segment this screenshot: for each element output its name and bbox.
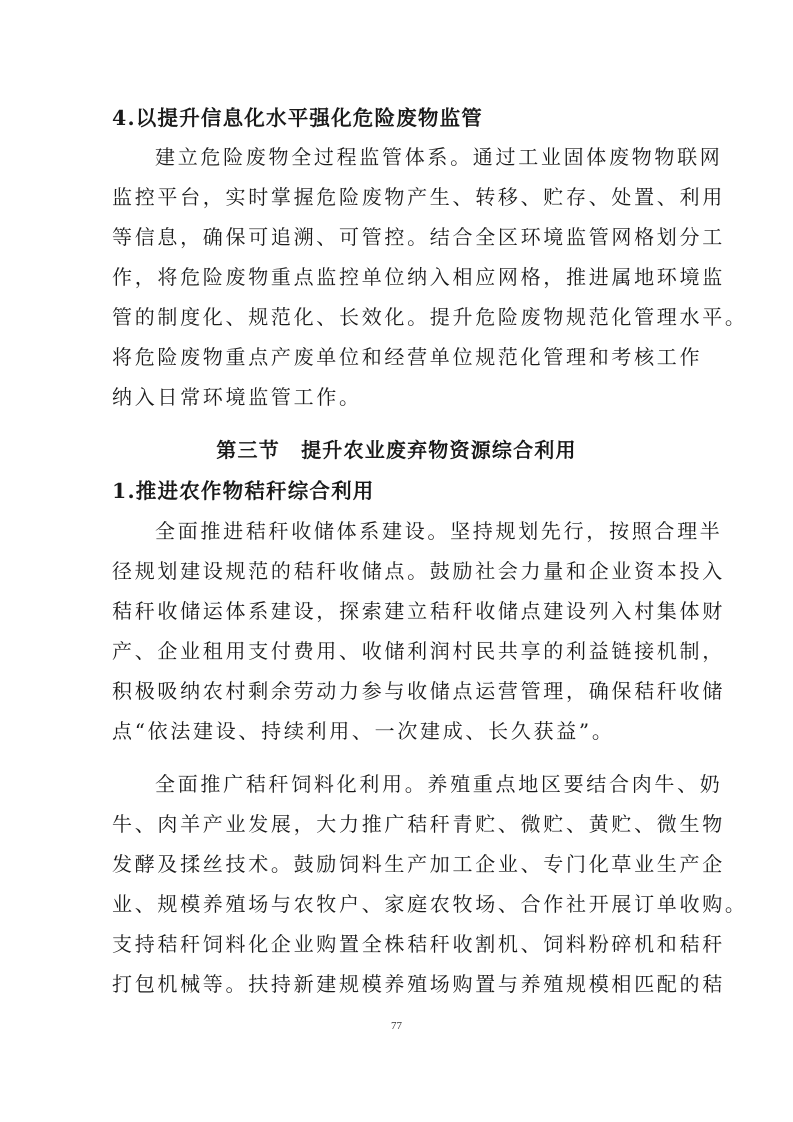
paragraph-line: 全面推进秸秆收储体系建设。坚持规划先行，按照合理半 <box>155 519 684 543</box>
subheading-4: 4.以提升信息化水平强化危险废物监管 <box>112 106 684 130</box>
paragraph-line: 点“依法建设、持续利用、一次建成、长久获益”。 <box>112 719 684 743</box>
paragraph-line: 牛、肉羊产业发展，大力推广秸秆青贮、微贮、黄贮、微生物 <box>112 812 684 836</box>
page-number: 77 <box>0 1020 793 1032</box>
paragraph-line: 纳入日常环境监管工作。 <box>112 385 684 409</box>
document-page: 4.以提升信息化水平强化危险废物监管 建立危险废物全过程监管体系。通过工业固体废… <box>0 0 793 1122</box>
paragraph-line: 作，将危险废物重点监控单位纳入相应网格，推进属地环境监 <box>112 265 684 289</box>
paragraph-line: 发酵及揉丝技术。鼓励饲料生产加工企业、专门化草业生产企 <box>112 852 684 876</box>
paragraph-line: 等信息，确保可追溯、可管控。结合全区环境监管网格划分工 <box>112 225 684 249</box>
paragraph-line: 支持秸秆饲料化企业购置全株秸秆收割机、饲料粉碎机和秸秆 <box>112 932 684 956</box>
paragraph-line: 业、规模养殖场与农牧户、家庭农牧场、合作社开展订单收购。 <box>112 892 684 916</box>
section-title: 第三节 提升农业废弃物资源综合利用 <box>0 438 793 462</box>
paragraph-line: 秸秆收储运体系建设，探索建立秸秆收储点建设列入村集体财 <box>112 599 684 623</box>
subheading-1: 1.推进农作物秸秆综合利用 <box>112 479 684 503</box>
paragraph-line: 建立危险废物全过程监管体系。通过工业固体废物物联网 <box>155 145 684 169</box>
paragraph-line: 打包机械等。扶持新建规模养殖场购置与养殖规模相匹配的秸 <box>112 972 684 996</box>
paragraph-line: 监控平台，实时掌握危险废物产生、转移、贮存、处置、利用 <box>112 185 684 209</box>
paragraph-line: 全面推广秸秆饲料化利用。养殖重点地区要结合肉牛、奶 <box>155 772 684 796</box>
paragraph-line: 产、企业租用支付费用、收储利润村民共享的利益链接机制， <box>112 639 684 663</box>
paragraph-line: 将危险废物重点产废单位和经营单位规范化管理和考核工作 <box>112 345 684 369</box>
paragraph-line: 积极吸纳农村剩余劳动力参与收储点运营管理，确保秸秆收储 <box>112 679 684 703</box>
paragraph-line: 径规划建设规范的秸秆收储点。鼓励社会力量和企业资本投入 <box>112 559 684 583</box>
paragraph-line: 管的制度化、规范化、长效化。提升危险废物规范化管理水平。 <box>112 305 684 329</box>
